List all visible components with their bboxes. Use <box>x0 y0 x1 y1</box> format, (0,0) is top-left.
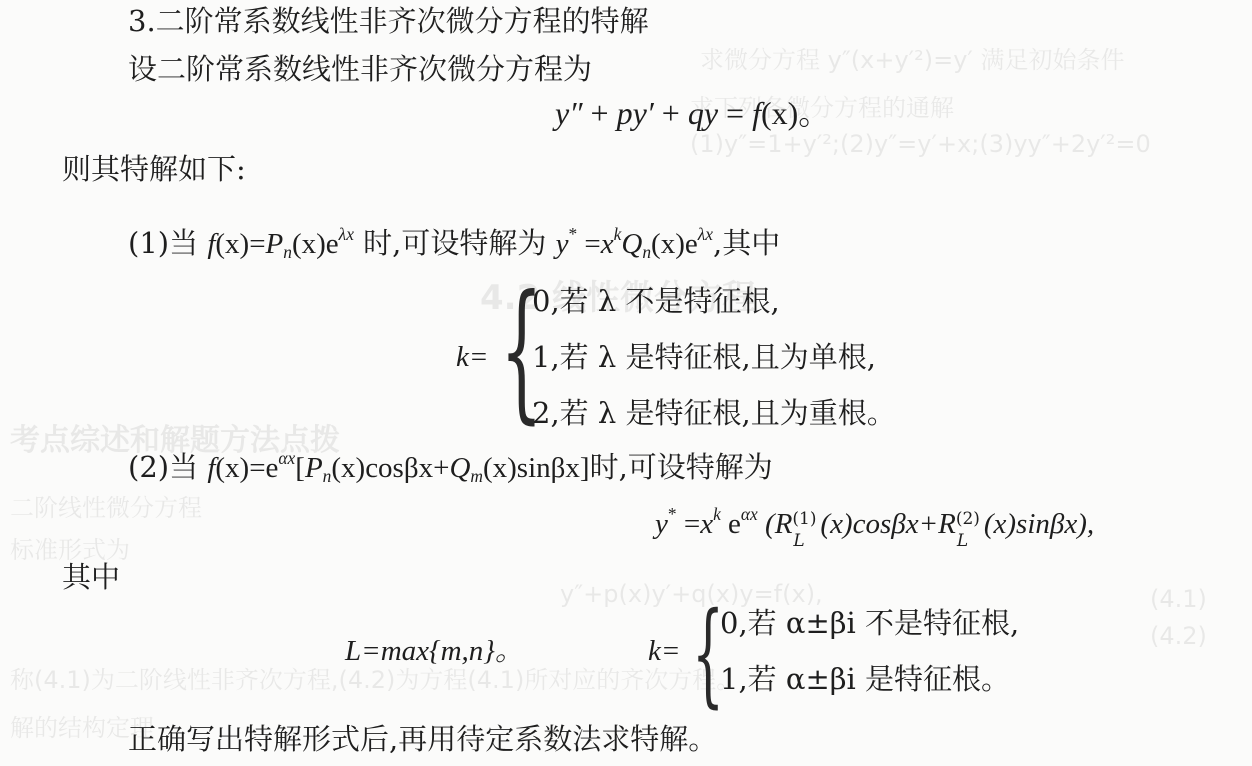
where-text: 其中 <box>62 560 120 594</box>
x-symbol: x <box>601 228 614 260</box>
bleed-text: 二阶线性微分方程 <box>10 488 202 523</box>
Q-argument: (x)e <box>651 228 698 260</box>
bracket-open: [ <box>295 452 305 484</box>
y-double-prime: y″ <box>555 95 583 131</box>
y-symbol: y <box>655 508 668 540</box>
period: 。 <box>798 94 830 132</box>
plus-sign: + <box>654 95 688 131</box>
bleed-text: 求微分方程 y″(x+y′²)=y′ 满足初始条件 <box>700 40 1125 75</box>
f-symbol: f <box>752 95 761 131</box>
P-symbol: P <box>266 228 284 260</box>
then-text: 则其特解如下: <box>62 152 246 186</box>
exponent: λx <box>339 224 354 244</box>
case2-tail: 时,可设特解为 <box>590 450 773 484</box>
plus-sign: + <box>583 95 617 131</box>
py-term: py′ <box>617 95 654 131</box>
P-symbol: P <box>305 452 323 484</box>
case1-k-option-0: 0,若 λ 不是特征根, <box>532 284 780 318</box>
equals-sign: = <box>677 508 701 540</box>
case1-prefix: (1)当 <box>128 226 207 260</box>
case1-k-option-2: 2,若 λ 是特征根,且为重根。 <box>532 396 896 430</box>
section-title: 3.二阶常系数线性非齐次微分方程的特解 <box>128 4 649 38</box>
Q-symbol: Q <box>449 452 470 484</box>
equals-sign: = <box>718 95 752 131</box>
k-exponent: k <box>713 504 721 524</box>
ode-equation: y″ + py′ + qy = f(x)。 <box>555 96 830 130</box>
bleed-text: (4.2) <box>1150 622 1207 650</box>
x-symbol: x <box>700 508 713 540</box>
f-argument: (x)=e <box>215 452 278 484</box>
bleed-text: (4.1) <box>1150 585 1207 613</box>
case1-tail: ,其中 <box>713 226 780 260</box>
Q-subscript: m <box>470 466 483 486</box>
Q-symbol: Q <box>621 228 642 260</box>
R-symbol: (R <box>758 508 793 540</box>
case2-statement: (2)当 f(x)=eαx[Pn(x)cosβx+Qm(x)sinβx]时,可设… <box>128 450 773 485</box>
case2-k-option-0: 0,若 α±βi 不是特征根, <box>720 606 1019 640</box>
bracket-close: ] <box>580 452 590 484</box>
case1-k-option-1: 1,若 λ 是特征根,且为单根, <box>532 340 876 374</box>
exponent: αx <box>278 448 295 468</box>
bleed-text: (1)y″=1+y′²;(2)y″=y′+x;(3)yy″+2y′²=0 <box>690 130 1151 158</box>
case1-k-label: k= <box>456 340 488 374</box>
conclusion-text: 正确写出特解形式后,再用待定系数法求特解。 <box>128 722 717 756</box>
R1-subscript: L <box>793 524 804 558</box>
exponent: αx <box>741 504 758 524</box>
case2-k-label: k= <box>648 634 680 668</box>
R2-indices: (2)L <box>956 508 984 542</box>
P-term: (x)cosβx+ <box>331 452 449 484</box>
star: * <box>568 224 577 244</box>
qy-term: qy <box>688 95 718 131</box>
case1-mid: 时,可设特解为 <box>354 226 556 260</box>
y-symbol: y <box>556 228 569 260</box>
intro-text: 设二阶常系数线性非齐次微分方程为 <box>128 52 592 86</box>
f-argument: (x)= <box>215 228 265 260</box>
equals-sign: = <box>577 228 601 260</box>
P-argument: (x)e <box>292 228 339 260</box>
P-subscript: n <box>283 242 292 262</box>
R2-term: (x)sinβx), <box>984 508 1094 540</box>
case2-solution-form: y* =xk eαx (R(1)L(x)cosβx+R(2)L(x)sinβx)… <box>655 506 1094 542</box>
R2-subscript: L <box>957 524 968 558</box>
Q-subscript: n <box>642 242 651 262</box>
L-definition: L=max{m,n}。 <box>345 634 524 668</box>
case2-k-option-1: 1,若 α±βi 是特征根。 <box>720 662 1010 696</box>
e-symbol: e <box>721 508 741 540</box>
f-argument: (x) <box>761 95 798 131</box>
R1-term: (x)cosβx+R <box>820 508 955 540</box>
case1-statement: (1)当 f(x)=Pn(x)eλx 时,可设特解为 y* =xkQn(x)eλ… <box>128 226 780 261</box>
Q-term: (x)sinβx <box>483 452 580 484</box>
case2-prefix: (2)当 <box>128 450 207 484</box>
R1-indices: (1)L <box>792 508 820 542</box>
star: * <box>668 504 677 524</box>
exponent: λx <box>698 224 713 244</box>
